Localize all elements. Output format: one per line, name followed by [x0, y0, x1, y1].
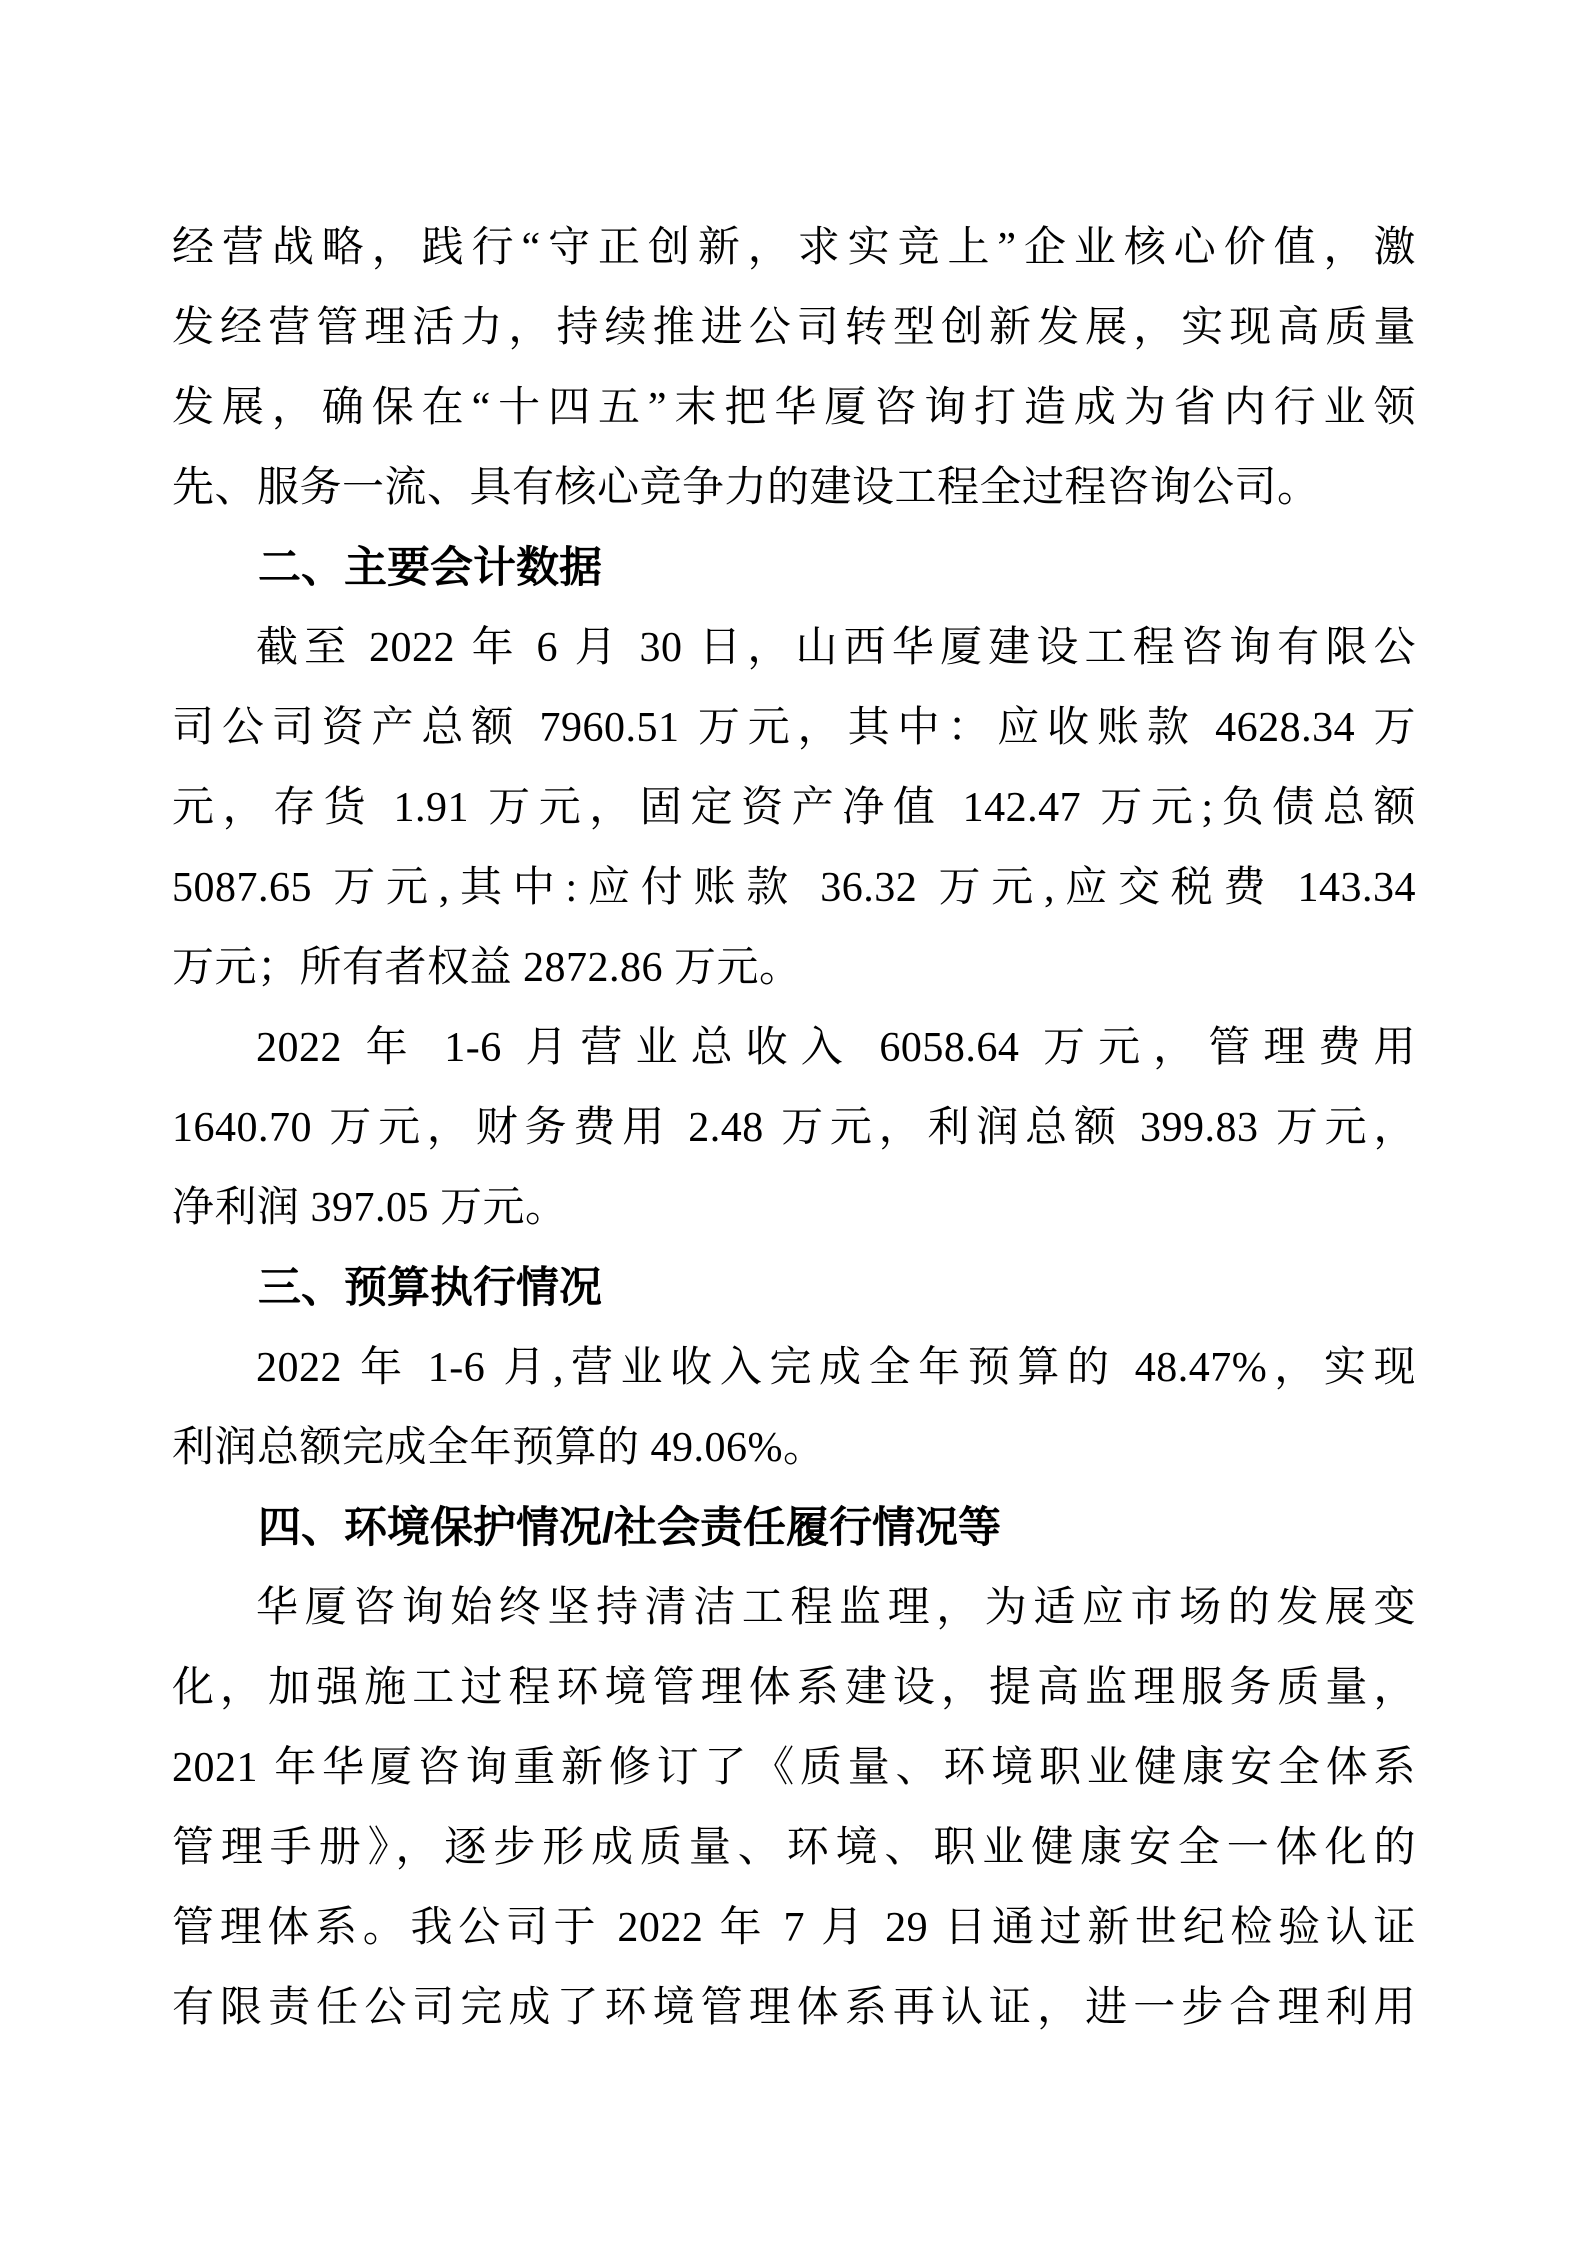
text-line: 发展，确保在“十四五”末把华厦咨询打造成为省内行业领 [172, 368, 1416, 448]
text-line: 有限责任公司完成了环境管理体系再认证，进一步合理利用 [172, 1968, 1416, 2048]
text-line: 元，存货 1.91 万元，固定资产净值 142.47 万元;负债总额 [172, 768, 1416, 848]
paragraph-strategy: 经营战略，践行“守正创新，求实竞上”企业核心价值，激 发经营管理活力，持续推进公… [172, 208, 1416, 528]
text-line: 利润总额完成全年预算的 49.06%。 [172, 1408, 1416, 1488]
text-line: 华厦咨询始终坚持清洁工程监理，为适应市场的发展变 [172, 1568, 1416, 1648]
text-line: 截至 2022 年 6 月 30 日，山西华厦建设工程咨询有限公 [172, 608, 1416, 688]
text-line: 5087.65 万元,其中:应付账款 36.32 万元,应交税费 143.34 [172, 848, 1416, 928]
text-line: 净利润 397.05 万元。 [172, 1168, 1416, 1248]
text-line: 先、服务一流、具有核心竞争力的建设工程全过程咨询公司。 [172, 448, 1416, 528]
section-heading-budget-execution: 三、预算执行情况 [172, 1248, 1416, 1328]
paragraph-environment: 华厦咨询始终坚持清洁工程监理，为适应市场的发展变 化，加强施工过程环境管理体系建… [172, 1568, 1416, 2048]
section-heading-accounting-data: 二、主要会计数据 [172, 528, 1416, 608]
text-line: 经营战略，践行“守正创新，求实竞上”企业核心价值，激 [172, 208, 1416, 288]
text-line: 化，加强施工过程环境管理体系建设，提高监理服务质量， [172, 1648, 1416, 1728]
document-page: 经营战略，践行“守正创新，求实竞上”企业核心价值，激 发经营管理活力，持续推进公… [0, 0, 1587, 2245]
text-line: 管理手册》，逐步形成质量、环境、职业健康安全一体化的 [172, 1808, 1416, 1888]
text-line: 司公司资产总额 7960.51 万元，其中：应收账款 4628.34 万 [172, 688, 1416, 768]
paragraph-income-statement: 2022 年 1-6 月营业总收入 6058.64 万元，管理费用 1640.7… [172, 1008, 1416, 1248]
paragraph-balance-sheet: 截至 2022 年 6 月 30 日，山西华厦建设工程咨询有限公 司公司资产总额… [172, 608, 1416, 1008]
text-line: 2022 年 1-6 月,营业收入完成全年预算的 48.47%，实现 [172, 1328, 1416, 1408]
text-line: 2021 年华厦咨询重新修订了《质量、环境职业健康安全体系 [172, 1728, 1416, 1808]
text-line: 管理体系。我公司于 2022 年 7 月 29 日通过新世纪检验认证 [172, 1888, 1416, 1968]
paragraph-budget: 2022 年 1-6 月,营业收入完成全年预算的 48.47%，实现 利润总额完… [172, 1328, 1416, 1488]
text-line: 1640.70 万元，财务费用 2.48 万元，利润总额 399.83 万元， [172, 1088, 1416, 1168]
text-line: 万元；所有者权益 2872.86 万元。 [172, 928, 1416, 1008]
section-heading-environment-social: 四、环境保护情况/社会责任履行情况等 [172, 1488, 1416, 1568]
text-line: 2022 年 1-6 月营业总收入 6058.64 万元，管理费用 [172, 1008, 1416, 1088]
text-line: 发经营管理活力，持续推进公司转型创新发展，实现高质量 [172, 288, 1416, 368]
